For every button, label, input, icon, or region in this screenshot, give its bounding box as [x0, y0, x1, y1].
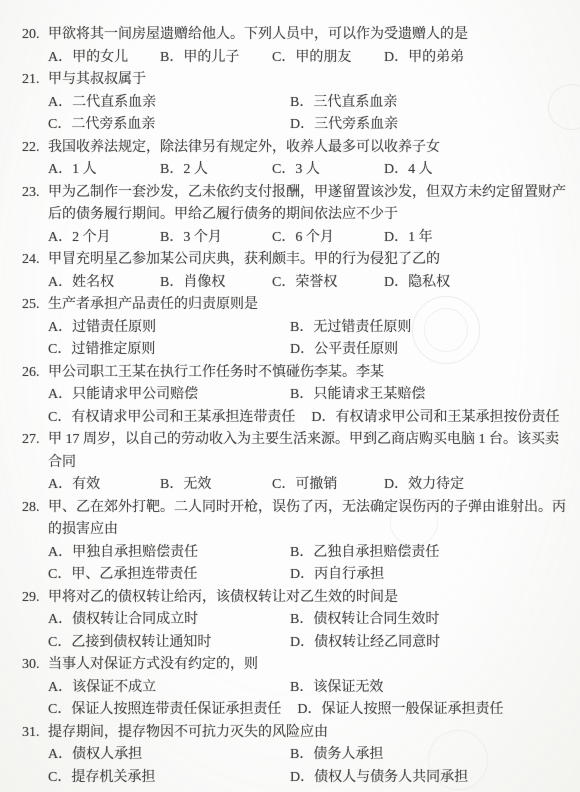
question-number: 24. [22, 249, 48, 272]
question-stem-row: 28. 甲、乙在郊外打靶。二人同时开枪，误伤了丙，无法确定误伤丙的子弹由谁射出。… [22, 497, 570, 542]
option-label: B． [290, 680, 313, 695]
option-d: D．效力待定 [384, 474, 464, 497]
option-c: C．保证人按照连带责任保证承担责任 [48, 699, 281, 722]
option-text: 该保证无效 [313, 680, 383, 695]
option-d: D．债权人与债务人共同承担 [290, 767, 468, 790]
question-options: A．只能请求甲公司赔偿B．只能请求王某赔偿C．有权请求甲公司和王某承担连带责任D… [22, 384, 570, 429]
option-c: C．提存机关承担 [48, 767, 290, 790]
option-label: D． [384, 230, 408, 245]
option-text: 无过错责任原则 [313, 320, 411, 335]
question-item: 29. 甲将对乙的债权转让给丙，该债权转让对乙生效的时间是 A．债权转让合同成立… [22, 587, 570, 655]
option-label: D． [384, 275, 408, 290]
option-label: C． [272, 50, 295, 65]
question-stem: 我国收养法规定，除法律另有规定外，收养人最多可以收养子女 [48, 137, 570, 160]
option-text: 只能请求王某赔偿 [313, 387, 425, 402]
question-stem-row: 23. 甲为乙制作一套沙发，乙未依约支付报酬，甲遂留置该沙发，但双方未约定留置财… [22, 182, 570, 227]
option-label: C． [48, 567, 71, 582]
option-label: A． [48, 477, 72, 492]
option-label: B． [290, 320, 313, 335]
option-text: 可撤销 [295, 477, 337, 492]
option-label: B． [290, 612, 313, 627]
question-stem-row: 27. 甲 17 周岁，以自己的劳动收入为主要生活来源。甲到乙商店购买电脑 1 … [22, 429, 570, 474]
question-stem: 甲将对乙的债权转让给丙，该债权转让对乙生效的时间是 [48, 587, 570, 610]
question-number: 26. [22, 362, 48, 385]
option-text: 二代旁系血亲 [71, 117, 155, 132]
question-item: 21. 甲与其叔叔属于 A．二代直系血亲B．三代直系血亲C．二代旁系血亲D．三代… [22, 69, 570, 137]
option-b: B．债权转让合同生效时 [290, 609, 439, 632]
option-row: A．有效B．无效C．可撤销D．效力待定 [22, 474, 570, 497]
option-text: 债权人与债务人共同承担 [314, 770, 468, 785]
option-text: 无效 [183, 477, 211, 492]
option-label: A． [48, 747, 72, 762]
question-stem: 甲、乙在郊外打靶。二人同时开枪，误伤了丙，无法确定误伤丙的子弹由谁射出。丙的损害… [48, 497, 570, 542]
option-d: D．隐私权 [384, 272, 450, 295]
option-c: C．甲、乙承担连带责任 [48, 564, 290, 587]
question-stem-row: 20. 甲欲将其一间房屋遗赠给他人。下列人员中，可以作为受遗赠人的是 [22, 24, 570, 47]
option-label: B． [160, 477, 183, 492]
question-item: 27. 甲 17 周岁，以自己的劳动收入为主要生活来源。甲到乙商店购买电脑 1 … [22, 429, 570, 497]
question-number: 28. [22, 497, 48, 520]
option-d: D．4 人 [384, 159, 433, 182]
option-a: A．只能请求甲公司赔偿 [48, 384, 290, 407]
question-options: A．有效B．无效C．可撤销D．效力待定 [22, 474, 570, 497]
option-a: A．甲独自承担赔偿责任 [48, 542, 290, 565]
question-item: 22. 我国收养法规定，除法律另有规定外，收养人最多可以收养子女 A．1 人B．… [22, 137, 570, 182]
option-text: 1 人 [72, 162, 97, 177]
question-stem: 甲为乙制作一套沙发，乙未依约支付报酬，甲遂留置该沙发，但双方未约定留置财产后的债… [48, 182, 570, 227]
option-text: 公平责任原则 [314, 342, 398, 357]
question-number: 21. [22, 69, 48, 92]
option-b: B．甲的儿子 [160, 47, 272, 70]
option-text: 甲的女儿 [72, 50, 128, 65]
option-text: 2 人 [183, 162, 208, 177]
question-stem-row: 30. 当事人对保证方式没有约定的，则 [22, 654, 570, 677]
option-text: 保证人按照连带责任保证承担责任 [71, 702, 281, 717]
option-b: B．三代直系血亲 [290, 92, 397, 115]
option-label: C． [272, 230, 295, 245]
option-b: B．无效 [160, 474, 272, 497]
option-c: C．3 人 [272, 159, 384, 182]
question-options: A．1 人B．2 人C．3 人D．4 人 [22, 159, 570, 182]
option-text: 乙独自承担赔偿责任 [313, 545, 439, 560]
option-label: A． [48, 275, 72, 290]
question-stem: 提存期间，提存物因不可抗力灭失的风险应由 [48, 722, 570, 745]
option-label: D． [297, 702, 321, 717]
option-c: C．甲的朋友 [272, 47, 384, 70]
option-text: 荣誉权 [295, 275, 337, 290]
option-text: 甲的朋友 [295, 50, 351, 65]
option-a: A．债权转让合同成立时 [48, 609, 290, 632]
option-label: B． [290, 95, 313, 110]
option-label: A． [48, 95, 72, 110]
option-a: A．该保证不成立 [48, 677, 290, 700]
question-item: 20. 甲欲将其一间房屋遗赠给他人。下列人员中，可以作为受遗赠人的是 A．甲的女… [22, 24, 570, 69]
option-d: D．甲的弟弟 [384, 47, 464, 70]
option-text: 保证人按照一般保证承担责任 [321, 702, 503, 717]
option-d: D．债权转让经乙同意时 [290, 632, 440, 655]
question-number: 31. [22, 722, 48, 745]
question-number: 29. [22, 587, 48, 610]
option-label: C． [48, 117, 71, 132]
option-b: B．无过错责任原则 [290, 317, 411, 340]
option-label: D． [384, 477, 408, 492]
option-c: C．可撤销 [272, 474, 384, 497]
option-a: A．2 个月 [48, 227, 160, 250]
option-text: 有权请求甲公司和王某承担按份责任 [335, 410, 559, 425]
question-options: A．该保证不成立B．该保证无效C．保证人按照连带责任保证承担责任D．保证人按照一… [22, 677, 570, 722]
option-d: D．公平责任原则 [290, 339, 398, 362]
question-stem: 甲与其叔叔属于 [48, 69, 570, 92]
option-label: B． [290, 747, 313, 762]
option-a: A．有效 [48, 474, 160, 497]
option-c: C．有权请求甲公司和王某承担连带责任 [48, 407, 295, 430]
option-text: 3 个月 [183, 230, 222, 245]
option-c: C．乙接到债权转让通知时 [48, 632, 290, 655]
question-stem-row: 24. 甲冒充明星乙参加某公司庆典，获利颇丰。甲的行为侵犯了乙的 [22, 249, 570, 272]
question-stem: 甲公司职工王某在执行工作任务时不慎碰伤李某。李某 [48, 362, 570, 385]
option-text: 甲的儿子 [183, 50, 239, 65]
question-stem-row: 26. 甲公司职工王某在执行工作任务时不慎碰伤李某。李某 [22, 362, 570, 385]
option-label: D． [384, 162, 408, 177]
option-text: 效力待定 [408, 477, 464, 492]
option-text: 债权转让经乙同意时 [314, 635, 440, 650]
option-label: A． [48, 545, 72, 560]
option-d: D．三代旁系血亲 [290, 114, 398, 137]
option-row: C．提存机关承担D．债权人与债务人共同承担 [22, 767, 570, 790]
question-number: 22. [22, 137, 48, 160]
option-text: 肖像权 [183, 275, 225, 290]
option-text: 三代直系血亲 [313, 95, 397, 110]
option-text: 1 年 [408, 230, 433, 245]
option-label: B． [160, 275, 183, 290]
question-number: 27. [22, 429, 48, 452]
option-label: D． [290, 770, 314, 785]
option-c: C．二代旁系血亲 [48, 114, 290, 137]
option-label: C． [48, 770, 71, 785]
option-row: A．甲独自承担赔偿责任B．乙独自承担赔偿责任 [22, 542, 570, 565]
option-row: A．二代直系血亲B．三代直系血亲 [22, 92, 570, 115]
question-stem-row: 25. 生产者承担产品责任的归责原则是 [22, 294, 570, 317]
option-b: B．肖像权 [160, 272, 272, 295]
question-options: A．2 个月B．3 个月C．6 个月D．1 年 [22, 227, 570, 250]
question-options: A．甲的女儿B．甲的儿子C．甲的朋友D．甲的弟弟 [22, 47, 570, 70]
option-label: D． [290, 342, 314, 357]
question-options: A．债权转让合同成立时B．债权转让合同生效时C．乙接到债权转让通知时D．债权转让… [22, 609, 570, 654]
option-b: B．乙独自承担赔偿责任 [290, 542, 439, 565]
option-text: 只能请求甲公司赔偿 [72, 387, 198, 402]
option-label: B． [290, 387, 313, 402]
question-options: A．甲独自承担赔偿责任B．乙独自承担赔偿责任C．甲、乙承担连带责任D．丙自行承担 [22, 542, 570, 587]
question-list: 20. 甲欲将其一间房屋遗赠给他人。下列人员中，可以作为受遗赠人的是 A．甲的女… [22, 24, 570, 789]
option-c: C．荣誉权 [272, 272, 384, 295]
option-text: 2 个月 [72, 230, 111, 245]
option-label: D． [384, 50, 408, 65]
option-label: A． [48, 387, 72, 402]
option-a: A．过错责任原则 [48, 317, 290, 340]
option-row: A．姓名权B．肖像权C．荣誉权D．隐私权 [22, 272, 570, 295]
option-text: 乙接到债权转让通知时 [71, 635, 211, 650]
option-row: A．该保证不成立B．该保证无效 [22, 677, 570, 700]
question-item: 30. 当事人对保证方式没有约定的，则 A．该保证不成立B．该保证无效C．保证人… [22, 654, 570, 722]
option-row: A．过错责任原则B．无过错责任原则 [22, 317, 570, 340]
option-b: B．债务人承担 [290, 744, 383, 767]
option-text: 过错推定原则 [71, 342, 155, 357]
question-item: 25. 生产者承担产品责任的归责原则是 A．过错责任原则B．无过错责任原则C．过… [22, 294, 570, 362]
option-a: A．甲的女儿 [48, 47, 160, 70]
option-b: B．2 人 [160, 159, 272, 182]
question-options: A．过错责任原则B．无过错责任原则C．过错推定原则D．公平责任原则 [22, 317, 570, 362]
question-item: 23. 甲为乙制作一套沙发，乙未依约支付报酬，甲遂留置该沙发，但双方未约定留置财… [22, 182, 570, 250]
option-label: B． [160, 162, 183, 177]
option-row: C．甲、乙承担连带责任D．丙自行承担 [22, 564, 570, 587]
option-a: A．二代直系血亲 [48, 92, 290, 115]
question-number: 20. [22, 24, 48, 47]
option-row: C．保证人按照连带责任保证承担责任D．保证人按照一般保证承担责任 [22, 699, 570, 722]
option-text: 4 人 [408, 162, 433, 177]
option-text: 隐私权 [408, 275, 450, 290]
question-stem: 当事人对保证方式没有约定的，则 [48, 654, 570, 677]
option-text: 三代旁系血亲 [314, 117, 398, 132]
option-d: D．丙自行承担 [290, 564, 384, 587]
option-label: D． [290, 567, 314, 582]
option-label: B． [160, 230, 183, 245]
option-row: A．甲的女儿B．甲的儿子C．甲的朋友D．甲的弟弟 [22, 47, 570, 70]
option-label: C． [272, 477, 295, 492]
option-label: A． [48, 50, 72, 65]
option-row: C．有权请求甲公司和王某承担连带责任D．有权请求甲公司和王某承担按份责任 [22, 407, 570, 430]
option-label: C． [48, 410, 71, 425]
question-stem-row: 29. 甲将对乙的债权转让给丙，该债权转让对乙生效的时间是 [22, 587, 570, 610]
question-options: A．姓名权B．肖像权C．荣誉权D．隐私权 [22, 272, 570, 295]
option-text: 姓名权 [72, 275, 114, 290]
option-label: B． [290, 545, 313, 560]
question-number: 25. [22, 294, 48, 317]
option-b: B．该保证无效 [290, 677, 383, 700]
option-label: C． [48, 635, 71, 650]
question-number: 23. [22, 182, 48, 205]
option-label: A． [48, 612, 72, 627]
option-label: D． [311, 410, 335, 425]
question-stem: 甲 17 周岁，以自己的劳动收入为主要生活来源。甲到乙商店购买电脑 1 台。该买… [48, 429, 570, 474]
option-a: A．1 人 [48, 159, 160, 182]
question-stem: 生产者承担产品责任的归责原则是 [48, 294, 570, 317]
option-row: C．二代旁系血亲D．三代旁系血亲 [22, 114, 570, 137]
option-text: 债权转让合同成立时 [72, 612, 198, 627]
option-label: C． [48, 342, 71, 357]
question-stem-row: 31. 提存期间，提存物因不可抗力灭失的风险应由 [22, 722, 570, 745]
question-options: A．债权人承担B．债务人承担C．提存机关承担D．债权人与债务人共同承担 [22, 744, 570, 789]
option-row: A．2 个月B．3 个月C．6 个月D．1 年 [22, 227, 570, 250]
option-a: A．债权人承担 [48, 744, 290, 767]
option-text: 过错责任原则 [72, 320, 156, 335]
option-label: D． [290, 635, 314, 650]
option-text: 甲的弟弟 [408, 50, 464, 65]
option-text: 甲、乙承担连带责任 [71, 567, 197, 582]
option-label: C． [272, 275, 295, 290]
option-d: D．保证人按照一般保证承担责任 [297, 699, 503, 722]
option-label: A． [48, 680, 72, 695]
option-row: A．债权转让合同成立时B．债权转让合同生效时 [22, 609, 570, 632]
option-row: A．1 人B．2 人C．3 人D．4 人 [22, 159, 570, 182]
question-item: 31. 提存期间，提存物因不可抗力灭失的风险应由 A．债权人承担B．债务人承担C… [22, 722, 570, 790]
option-label: A． [48, 162, 72, 177]
option-text: 丙自行承担 [314, 567, 384, 582]
option-text: 债务人承担 [313, 747, 383, 762]
option-c: C．6 个月 [272, 227, 384, 250]
option-text: 该保证不成立 [72, 680, 156, 695]
question-item: 24. 甲冒充明星乙参加某公司庆典，获利颇丰。甲的行为侵犯了乙的 A．姓名权B．… [22, 249, 570, 294]
option-row: C．乙接到债权转让通知时D．债权转让经乙同意时 [22, 632, 570, 655]
question-stem: 甲冒充明星乙参加某公司庆典，获利颇丰。甲的行为侵犯了乙的 [48, 249, 570, 272]
option-label: B． [160, 50, 183, 65]
question-item: 28. 甲、乙在郊外打靶。二人同时开枪，误伤了丙，无法确定误伤丙的子弹由谁射出。… [22, 497, 570, 587]
option-label: D． [290, 117, 314, 132]
option-c: C．过错推定原则 [48, 339, 290, 362]
question-stem-row: 21. 甲与其叔叔属于 [22, 69, 570, 92]
option-text: 有效 [72, 477, 100, 492]
option-row: C．过错推定原则D．公平责任原则 [22, 339, 570, 362]
option-row: A．只能请求甲公司赔偿B．只能请求王某赔偿 [22, 384, 570, 407]
option-text: 债权转让合同生效时 [313, 612, 439, 627]
option-text: 二代直系血亲 [72, 95, 156, 110]
option-d: D．有权请求甲公司和王某承担按份责任 [311, 407, 559, 430]
question-item: 26. 甲公司职工王某在执行工作任务时不慎碰伤李某。李某 A．只能请求甲公司赔偿… [22, 362, 570, 430]
option-text: 有权请求甲公司和王某承担连带责任 [71, 410, 295, 425]
option-b: B．只能请求王某赔偿 [290, 384, 425, 407]
option-text: 提存机关承担 [71, 770, 155, 785]
question-options: A．二代直系血亲B．三代直系血亲C．二代旁系血亲D．三代旁系血亲 [22, 92, 570, 137]
question-stem: 甲欲将其一间房屋遗赠给他人。下列人员中，可以作为受遗赠人的是 [48, 24, 570, 47]
option-label: A． [48, 320, 72, 335]
option-a: A．姓名权 [48, 272, 160, 295]
option-text: 债权人承担 [72, 747, 142, 762]
option-text: 6 个月 [295, 230, 334, 245]
option-label: C． [272, 162, 295, 177]
option-d: D．1 年 [384, 227, 433, 250]
option-row: A．债权人承担B．债务人承担 [22, 744, 570, 767]
question-stem-row: 22. 我国收养法规定，除法律另有规定外，收养人最多可以收养子女 [22, 137, 570, 160]
option-text: 3 人 [295, 162, 320, 177]
option-b: B．3 个月 [160, 227, 272, 250]
question-number: 30. [22, 654, 48, 677]
option-label: A． [48, 230, 72, 245]
option-label: C． [48, 702, 71, 717]
option-text: 甲独自承担赔偿责任 [72, 545, 198, 560]
exam-page: 20. 甲欲将其一间房屋遗赠给他人。下列人员中，可以作为受遗赠人的是 A．甲的女… [0, 0, 580, 792]
